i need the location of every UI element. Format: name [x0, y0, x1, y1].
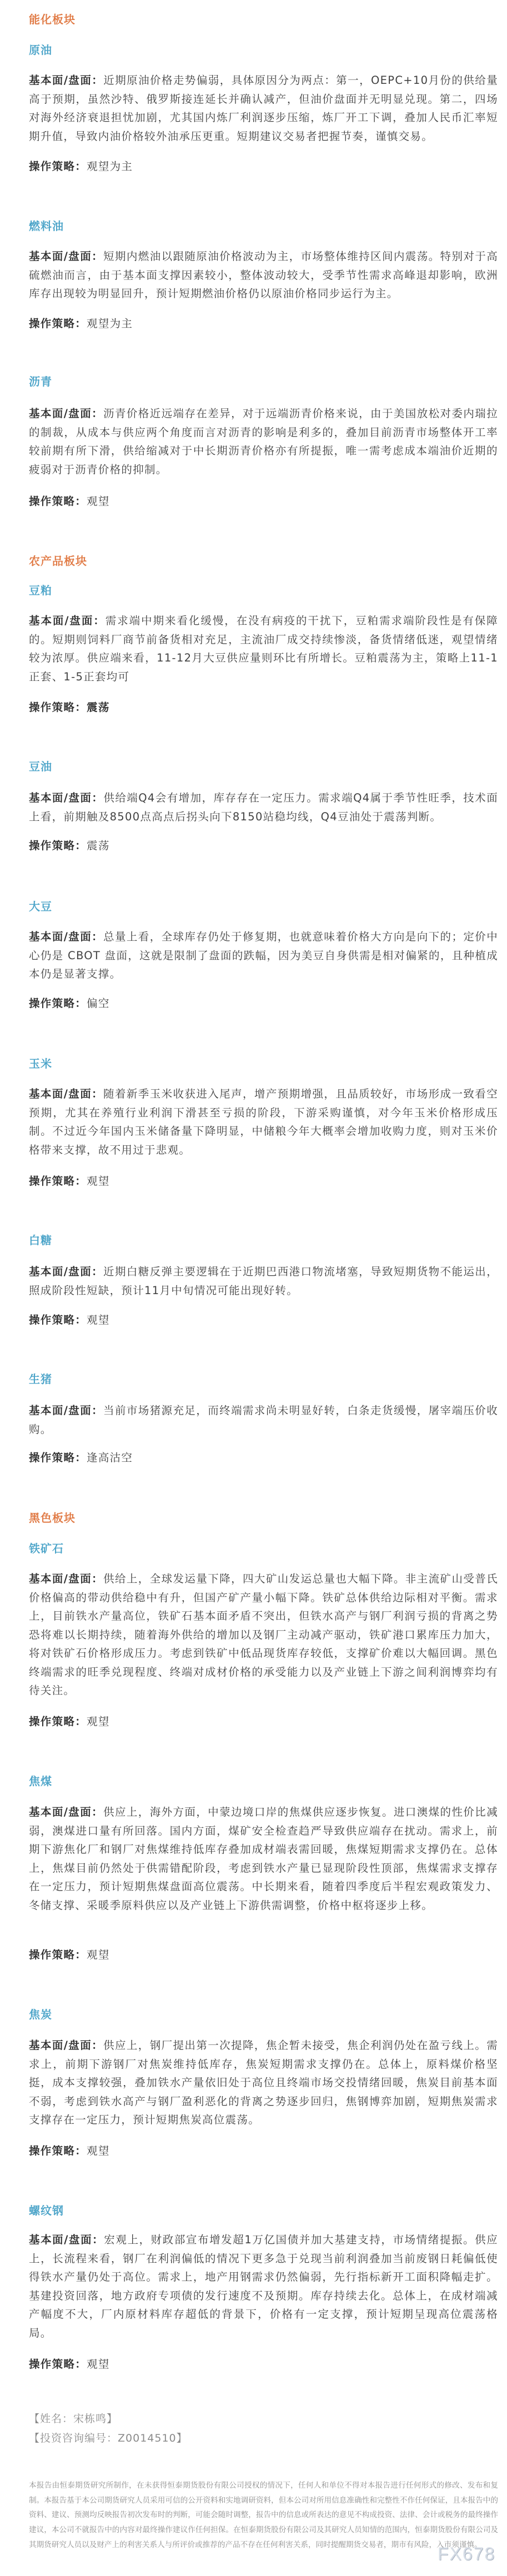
fundamental-label: 基本面/盘面：: [29, 250, 103, 263]
strategy-value: 震荡: [87, 701, 110, 714]
subheader-coke: 焦炭: [29, 2007, 52, 2022]
subheader-sugar: 白糖: [29, 1232, 52, 1248]
subheader-asphalt: 沥青: [29, 374, 52, 389]
strategy-label: 操作策略：: [29, 1948, 87, 1961]
strategy-line-coking-coal: 操作策略：观望: [29, 1947, 110, 1963]
strategy-line-coke: 操作策略：观望: [29, 2143, 110, 2159]
strategy-line-fuel-oil: 操作策略：观望为主: [29, 316, 133, 332]
strategy-label: 操作策略：: [29, 1175, 87, 1187]
fundamental-paragraph-coke: 基本面/盘面：供应上，钢厂提出第一次提降，焦企暂未接受，焦企利润仍处在盈亏线上。…: [29, 2036, 498, 2129]
fundamental-paragraph-soybean: 基本面/盘面：总量上看，全球库存仍处于修复期，也就意味着价格大方向是向下的；定价…: [29, 928, 498, 984]
subheader-iron-ore: 铁矿石: [29, 1541, 64, 1556]
author-name: 【姓名：宋栋鸣】: [29, 2412, 118, 2426]
fundamental-paragraph-coking-coal: 基本面/盘面：供应上，海外方面，中蒙边境口岸的焦煤供应逐步恢复。进口澳煤的性价比…: [29, 1803, 498, 1915]
fundamental-paragraph-crude-oil: 基本面/盘面：近期原油价格走势偏弱，具体原因分为两点：第一，OEPC+10月份的…: [29, 71, 498, 146]
fundamental-paragraph-asphalt: 基本面/盘面：沥青价格近远端存在差异，对于远端沥青价格来说，由于美国放松对委内瑞…: [29, 404, 498, 479]
fundamental-paragraph-rebar: 基本面/盘面：宏观上，财政部宣布增发超1万亿国债并加大基建支持，市场情绪提振。供…: [29, 2231, 498, 2342]
strategy-label: 操作策略：: [29, 1314, 87, 1326]
strategy-line-live-hog: 操作策略：逢高沽空: [29, 1450, 133, 1466]
strategy-line-soybean-meal: 操作策略：震荡: [29, 700, 110, 715]
fundamental-label: 基本面/盘面：: [29, 2039, 103, 2052]
fundamental-label: 基本面/盘面：: [29, 74, 103, 87]
strategy-label: 操作策略：: [29, 839, 87, 852]
fundamental-paragraph-live-hog: 基本面/盘面：当前市场猪源充足，而终端需求尚未明显好转，白条走货缓慢，屠宰端压价…: [29, 1401, 498, 1439]
strategy-value: 观望: [87, 495, 110, 508]
fundamental-paragraph-iron-ore: 基本面/盘面：供给上，全球发运量下降，四大矿山发运总量也大幅下降。非主流矿山受普…: [29, 1570, 498, 1700]
subheader-soybean: 大豆: [29, 899, 52, 914]
strategy-value: 观望为主: [87, 160, 133, 173]
strategy-value: 观望: [87, 2358, 110, 2370]
subheader-live-hog: 生猪: [29, 1371, 52, 1387]
subheader-corn: 玉米: [29, 1056, 52, 1071]
strategy-value: 逢高沽空: [87, 1451, 133, 1464]
strategy-label: 操作策略：: [29, 495, 87, 508]
strategy-label: 操作策略：: [29, 1715, 87, 1728]
author-license-id: 【投资咨询编号：Z0014510】: [29, 2431, 188, 2445]
subheader-coking-coal: 焦煤: [29, 1773, 52, 1789]
subheader-rebar: 螺纹钢: [29, 2203, 64, 2218]
strategy-label: 操作策略：: [29, 997, 87, 1010]
subheader-soybean-oil: 豆油: [29, 759, 52, 774]
category-header-agriculture: 农产品板块: [29, 553, 87, 569]
strategy-label: 操作策略：: [29, 2358, 87, 2370]
category-header-ferrous: 黑色板块: [29, 1510, 76, 1526]
strategy-value: 观望: [87, 1715, 110, 1728]
strategy-label: 操作策略：: [29, 1451, 87, 1464]
strategy-label: 操作策略：: [29, 2144, 87, 2157]
subheader-soybean-meal: 豆粕: [29, 583, 52, 598]
strategy-line-asphalt: 操作策略：观望: [29, 494, 110, 509]
strategy-value: 震荡: [87, 839, 110, 852]
fundamental-label: 基本面/盘面：: [29, 930, 103, 943]
strategy-value: 观望: [87, 1314, 110, 1326]
fundamental-paragraph-soybean-oil: 基本面/盘面：供给端Q4会有增加，库存存在一定压力。需求端Q4属于季节性旺季，技…: [29, 789, 498, 826]
fundamental-paragraph-fuel-oil: 基本面/盘面：短期内燃油以跟随原油价格波动为主，市场整体维持区间内震荡。特别对于…: [29, 247, 498, 303]
fundamental-text: 供应上，海外方面，中蒙边境口岸的焦煤供应逐步恢复。进口澳煤的性价比减弱，澳煤进口…: [29, 1806, 498, 1912]
category-header-energy-chemical: 能化板块: [29, 12, 76, 27]
strategy-line-crude-oil: 操作策略：观望为主: [29, 159, 133, 174]
fx678-watermark: FX678: [438, 2544, 495, 2564]
fundamental-paragraph-corn: 基本面/盘面：随着新季玉米收获进入尾声，增产预期增强，且品质较好，市场形成一致看…: [29, 1085, 498, 1159]
fundamental-label: 基本面/盘面：: [29, 614, 106, 627]
strategy-line-iron-ore: 操作策略：观望: [29, 1714, 110, 1730]
fundamental-text: 供给上，全球发运量下降，四大矿山发运总量也大幅下降。非主流矿山受普氏价格偏高的带…: [29, 1572, 498, 1697]
fundamental-label: 基本面/盘面：: [29, 1265, 103, 1278]
fundamental-label: 基本面/盘面：: [29, 2233, 104, 2246]
fundamental-label: 基本面/盘面：: [29, 1404, 103, 1417]
strategy-label: 操作策略：: [29, 317, 87, 330]
fundamental-label: 基本面/盘面：: [29, 791, 103, 804]
strategy-line-soybean-oil: 操作策略：震荡: [29, 838, 110, 854]
strategy-line-soybean: 操作策略：偏空: [29, 996, 110, 1011]
strategy-value: 观望: [87, 2144, 110, 2157]
strategy-value: 观望为主: [87, 317, 133, 330]
fundamental-paragraph-soybean-meal: 基本面/盘面：需求端中期来看化缓慢，在没有病疫的干扰下，豆粕需求端阶段性是有保障…: [29, 612, 498, 686]
subheader-fuel-oil: 燃料油: [29, 218, 64, 234]
strategy-line-sugar: 操作策略：观望: [29, 1312, 110, 1328]
strategy-value: 偏空: [87, 997, 110, 1010]
fundamental-label: 基本面/盘面：: [29, 1087, 103, 1100]
subheader-crude-oil: 原油: [29, 42, 52, 58]
disclaimer: 本报告由恒泰期货研究所制作，在未获得恒泰期货股份有限公司授权的情况下，任何人和单…: [29, 2478, 498, 2553]
strategy-label: 操作策略：: [29, 701, 87, 714]
fundamental-label: 基本面/盘面：: [29, 1572, 103, 1585]
fundamental-text: 供应上，钢厂提出第一次提降，焦企暂未接受，焦企利润仍处在盈亏线上。需求上，前期下…: [29, 2039, 498, 2126]
strategy-label: 操作策略：: [29, 160, 87, 173]
fundamental-paragraph-sugar: 基本面/盘面：近期白糖反弹主要逻辑在于近期巴西港口物流堵塞，导致短期货物不能运出…: [29, 1262, 498, 1300]
strategy-line-corn: 操作策略：观望: [29, 1174, 110, 1189]
fundamental-label: 基本面/盘面：: [29, 1806, 103, 1818]
strategy-value: 观望: [87, 1948, 110, 1961]
fundamental-label: 基本面/盘面：: [29, 407, 103, 420]
strategy-line-rebar: 操作策略：观望: [29, 2357, 110, 2372]
fundamental-text: 宏观上，财政部宣布增发超1万亿国债并加大基建支持，市场情绪提振。供应上，长流程来…: [29, 2233, 498, 2339]
strategy-value: 观望: [87, 1175, 110, 1187]
